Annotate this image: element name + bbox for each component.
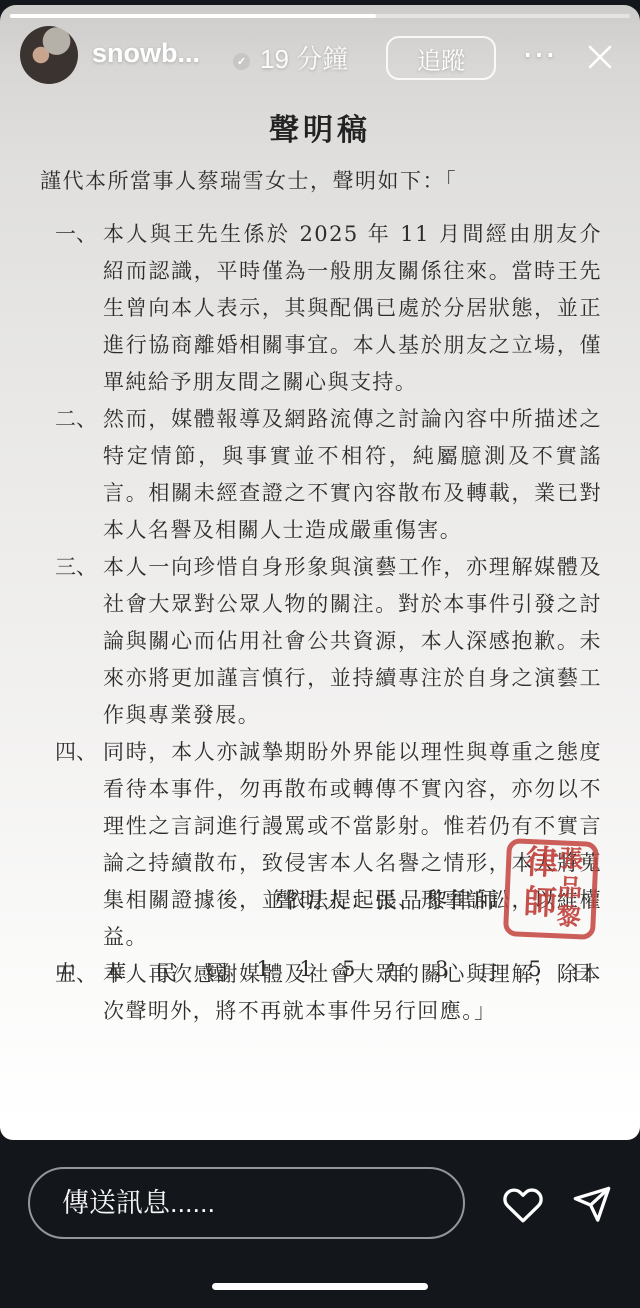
item-number: 四、 [55, 734, 103, 771]
message-input[interactable] [30, 1188, 463, 1219]
statement-item: 二、 然而，媒體報導及網路流傳之討論內容中所描述之特定情節，與事實並不相符，純屬… [55, 401, 602, 549]
share-paper-plane-icon[interactable] [568, 1180, 616, 1228]
statement-item: 一、 本人與王先生係於 2025 年 11 月間經由朋友介紹而認識，平時僅為一般… [55, 216, 602, 401]
item-number: 一、 [55, 216, 103, 253]
statement-item: 三、 本人一向珍惜自身形象與演藝工作，亦理解媒體及社會大眾對公眾人物的關注。對於… [55, 549, 602, 734]
date-char: 華 [105, 957, 126, 987]
lawyer-seal-stamp: 張品黎 律師 [503, 838, 599, 940]
username[interactable]: snowb... [92, 38, 200, 69]
date-char: 國 [206, 957, 227, 987]
verified-badge-icon: ✓ [233, 53, 250, 70]
date-char: 年 [385, 957, 406, 987]
item-text: 然而，媒體報導及網路流傳之討論內容中所描述之特定情節，與事實並不相符，純屬臆測及… [103, 401, 602, 549]
item-number: 三、 [55, 549, 103, 586]
date-char: 1 [299, 957, 312, 987]
document-title: 聲明稿 [0, 105, 640, 149]
date-char: 月 [478, 957, 499, 987]
follow-button[interactable]: 追蹤 [386, 36, 496, 80]
date-char: 3 [435, 957, 448, 987]
seal-text: 張品黎 律師 [521, 844, 582, 934]
story-card[interactable]: 聲明稿 謹代本所當事人蔡瑞雪女士，聲明如下：「 一、 本人與王先生係於 2025… [0, 5, 640, 1140]
story-timestamp: 19 分鐘 [260, 39, 348, 76]
close-icon[interactable] [578, 35, 622, 79]
home-indicator[interactable] [212, 1283, 428, 1290]
message-input-pill[interactable] [28, 1167, 465, 1239]
avatar[interactable] [20, 26, 78, 84]
date-char: 日 [571, 957, 592, 987]
signature-line: 聲明人：張品黎律師 [275, 884, 500, 915]
more-options-icon[interactable]: ⋯ [516, 31, 564, 79]
item-text: 本人一向珍惜自身形象與演藝工作，亦理解媒體及社會大眾對公眾人物的關注。對於本事件… [103, 549, 602, 734]
date-char: 中 [55, 957, 76, 987]
date-char: 民 [156, 957, 177, 987]
date-char: 5 [528, 957, 541, 987]
document-date-line: 中 華 民 國 1 1 5 年 3 月 5 日 [55, 957, 592, 987]
like-heart-icon[interactable] [499, 1180, 547, 1228]
document-intro: 謹代本所當事人蔡瑞雪女士，聲明如下：「 [40, 165, 610, 195]
date-char: 1 [257, 957, 270, 987]
item-number: 二、 [55, 401, 103, 438]
item-text: 本人與王先生係於 2025 年 11 月間經由朋友介紹而認識，平時僅為一般朋友關… [103, 216, 602, 401]
story-header: snowb... ✓ 19 分鐘 追蹤 ⋯ [0, 5, 640, 95]
date-char: 5 [342, 957, 355, 987]
statement-document: 聲明稿 謹代本所當事人蔡瑞雪女士，聲明如下：「 一、 本人與王先生係於 2025… [0, 5, 640, 1140]
seal-column-left: 律師 [518, 844, 560, 926]
